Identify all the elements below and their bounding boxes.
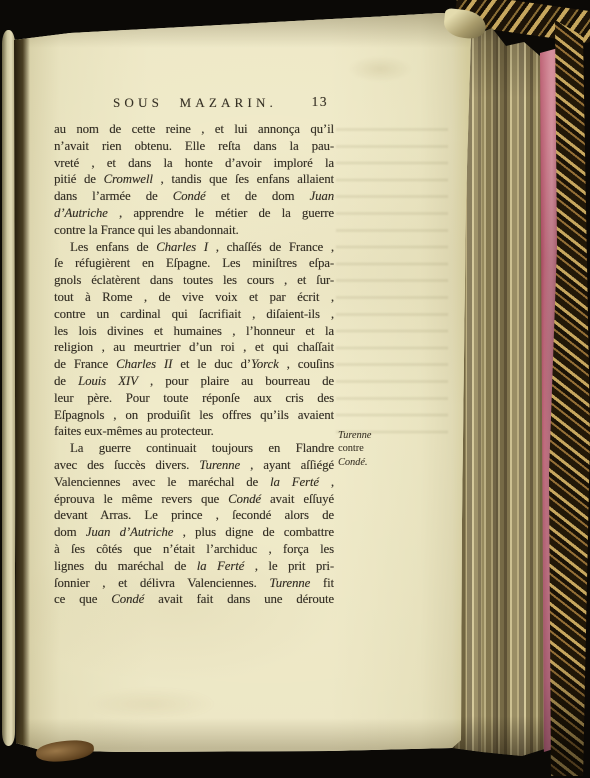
roman-text: avec des ſuccès divers. [54, 458, 199, 472]
roman-text: de [54, 374, 78, 388]
text-line: les lois divines et humaines , l’honneur… [54, 323, 334, 340]
roman-text: contre un cardinal qui ſacrifiait , diſa… [54, 307, 334, 321]
roman-text: dom [54, 525, 86, 539]
margin-note-line: Condé. [338, 456, 398, 469]
roman-text: de France [54, 357, 116, 371]
text-line: La guerre continuait toujours en Flandre [54, 440, 334, 457]
roman-text: , [319, 475, 334, 489]
roman-text: leur père. Pour toute réponſe aux cris d… [54, 391, 334, 405]
roman-text: et de dom [206, 189, 310, 203]
roman-text: lignes du maréchal de [54, 559, 197, 573]
roman-text: ce que [54, 592, 111, 606]
text-line: ſonnier , et délivra Valenciennes. Turen… [54, 575, 334, 592]
text-line: contre la France qui les abandonnait. [54, 222, 334, 239]
italic-text: Condé. [338, 457, 367, 468]
text-line: Eſpagnols , on produiſit les offres qu’i… [54, 407, 334, 424]
roman-text: , ayant aſſiégé [240, 458, 334, 472]
roman-text: avait fait dans une déroute [144, 592, 334, 606]
text-line: Valenciennes avec le maréchal de la Fert… [54, 474, 334, 491]
paragraph: au nom de cette reine , et lui annonça q… [54, 121, 334, 239]
text-line: contre un cardinal qui ſacrifiait , diſa… [54, 306, 334, 323]
roman-text: , apprendre le métier de la guerre [108, 206, 334, 220]
roman-text: La guerre continuait toujours en Flandre [70, 441, 334, 455]
roman-text: n’avait rien obtenu. Elle reſta dans la … [54, 139, 334, 153]
roman-text: vreté , et dans la honte d’avoir imploré… [54, 156, 334, 170]
italic-text: Condé [173, 189, 206, 203]
text-line: Les enfans de Charles I , chaſſés de Fra… [54, 239, 334, 256]
text-block: au nom de cette reine , et lui annonça q… [54, 121, 334, 608]
roman-text: , pour plaire au bourreau de [138, 374, 334, 388]
text-line: vreté , et dans la honte d’avoir imploré… [54, 155, 334, 172]
roman-text: et le duc d’ [172, 357, 251, 371]
italic-text: Charles II [116, 357, 172, 371]
roman-text: au nom de cette reine , et lui annonça q… [54, 122, 334, 136]
text-line: lignes du maréchal de la Ferté , le prit… [54, 558, 334, 575]
italic-text: la Ferté [197, 559, 245, 573]
roman-text: les lois divines et humaines , l’honneur… [54, 324, 334, 338]
page-header: SOUS MAZARIN. 13 [54, 95, 336, 113]
italic-text: Louis XIV [78, 374, 138, 388]
roman-text: contre la France qui les abandonnait. [54, 223, 239, 237]
italic-text: Turenne [338, 430, 371, 441]
book-photo: SOUS MAZARIN. 13 au nom de cette reine ,… [0, 0, 590, 778]
italic-text: Turenne [199, 458, 240, 472]
roman-text: pitié de [54, 172, 104, 186]
text-line: dom Juan d’Autriche , plus digne de comb… [54, 524, 334, 541]
roman-text: ſe réfugièrent en Eſpagne. Les miniſtres… [54, 256, 334, 270]
roman-text: , couſins [279, 357, 334, 371]
text-line: n’avait rien obtenu. Elle reſta dans la … [54, 138, 334, 155]
italic-text: Turenne [269, 576, 310, 590]
roman-text: , chaſſés de France , [208, 240, 334, 254]
italic-text: Condé [111, 592, 144, 606]
text-line: de France Charles II et le duc d’Yorck ,… [54, 356, 334, 373]
roman-text: Valenciennes avec le maréchal de [54, 475, 270, 489]
italic-text: Yorck [251, 357, 279, 371]
text-line: au nom de cette reine , et lui annonça q… [54, 121, 334, 138]
italic-text: Charles I [156, 240, 208, 254]
text-line: dans l’armée de Condé et de dom Juan [54, 188, 334, 205]
roman-text: à ſes côtés que n’était l’archiduc , for… [54, 542, 334, 556]
text-line: ce que Condé avait fait dans une déroute [54, 591, 334, 608]
roman-text: contre [338, 443, 364, 454]
text-line: pitié de Cromwell , tandis que ſes enfan… [54, 171, 334, 188]
italic-text: Juan d’Autriche [86, 525, 174, 539]
italic-text: la Ferté [270, 475, 319, 489]
italic-text: Condé [228, 492, 261, 506]
margin-note-line: Turenne [338, 429, 398, 442]
italic-text: Cromwell [104, 172, 153, 186]
paragraph: La guerre continuait toujours en Flandre… [54, 440, 334, 608]
page-number: 13 [312, 94, 329, 110]
text-line: avec des ſuccès divers. Turenne , ayant … [54, 457, 334, 474]
roman-text: , tandis que ſes enfans allaient [153, 172, 334, 186]
roman-text: , le prit pri- [244, 559, 334, 573]
margin-note-line: contre [338, 442, 398, 455]
roman-text: Eſpagnols , on produiſit les offres qu’i… [54, 408, 334, 422]
roman-text: faites eux-mêmes au protecteur. [54, 424, 214, 438]
roman-text: éprouva le même revers que [54, 492, 228, 506]
text-line: tout à Rome , de vive voix et par écrit … [54, 289, 334, 306]
roman-text: fit [310, 576, 334, 590]
roman-text: religion , au meurtrier d’un roi , et qu… [54, 340, 334, 354]
roman-text: tout à Rome , de vive voix et par écrit … [54, 290, 334, 304]
text-line: ſe réfugièrent en Eſpagne. Les miniſtres… [54, 255, 334, 272]
text-line: leur père. Pour toute réponſe aux cris d… [54, 390, 334, 407]
paragraph: Les enfans de Charles I , chaſſés de Fra… [54, 239, 334, 441]
roman-text: devant Arras. Le prince , ſecondé alors … [54, 508, 334, 522]
text-line: devant Arras. Le prince , ſecondé alors … [54, 507, 334, 524]
italic-text: Juan [310, 189, 334, 203]
text-line: religion , au meurtrier d’un roi , et qu… [54, 339, 334, 356]
running-title: SOUS MAZARIN. [113, 95, 277, 110]
roman-text: ſonnier , et délivra Valenciennes. [54, 576, 269, 590]
text-line: de Louis XIV , pour plaire au bourreau d… [54, 373, 334, 390]
roman-text: gnols éclatèrent dans toutes les cours ,… [54, 273, 334, 287]
left-page-edge [2, 30, 15, 746]
text-line: d’Autriche , apprendre le métier de la g… [54, 205, 334, 222]
text-line: faites eux-mêmes au protecteur. [54, 423, 334, 440]
roman-text: , plus digne de combattre [173, 525, 334, 539]
text-line: éprouva le même revers que Condé avait e… [54, 491, 334, 508]
text-line: gnols éclatèrent dans toutes les cours ,… [54, 272, 334, 289]
roman-text: avait eſſuyé [261, 492, 334, 506]
roman-text: Les enfans de [70, 240, 156, 254]
margin-note: TurennecontreCondé. [338, 429, 398, 469]
italic-text: d’Autriche [54, 206, 108, 220]
text-line: à ſes côtés que n’était l’archiduc , for… [54, 541, 334, 558]
roman-text: dans l’armée de [54, 189, 173, 203]
